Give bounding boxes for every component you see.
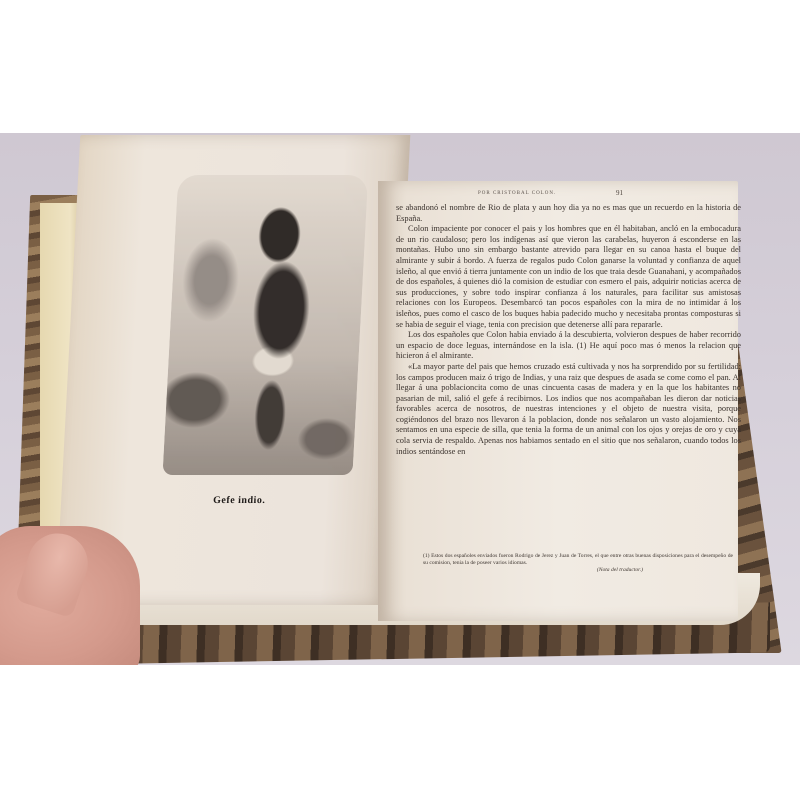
illustration-caption: Gefe indio. <box>213 495 266 506</box>
footnote-signature: (Nota del traductor.) <box>423 567 733 574</box>
page-number: 91 <box>616 189 623 197</box>
paragraph: Colon impaciente por conocer el pais y l… <box>396 224 741 330</box>
paragraph: «La mayor parte del pais que hemos cruza… <box>396 362 741 457</box>
paragraph: se abandonó el nombre de Rio de plata y … <box>396 203 741 224</box>
book-photograph: Gefe indio. POR CRISTOBAL COLON. 91 se a… <box>0 133 800 665</box>
paragraph: Los dos españoles que Colon habia enviad… <box>396 330 741 362</box>
right-page: POR CRISTOBAL COLON. 91 se abandonó el n… <box>378 181 738 621</box>
engraving-illustration <box>162 175 368 475</box>
body-text: se abandonó el nombre de Rio de plata y … <box>396 203 741 457</box>
footnote: (1) Estos dos españoles enviados fueron … <box>423 553 733 574</box>
footnote-text: (1) Estos dos españoles enviados fueron … <box>423 553 733 566</box>
running-head: POR CRISTOBAL COLON. <box>478 191 556 196</box>
